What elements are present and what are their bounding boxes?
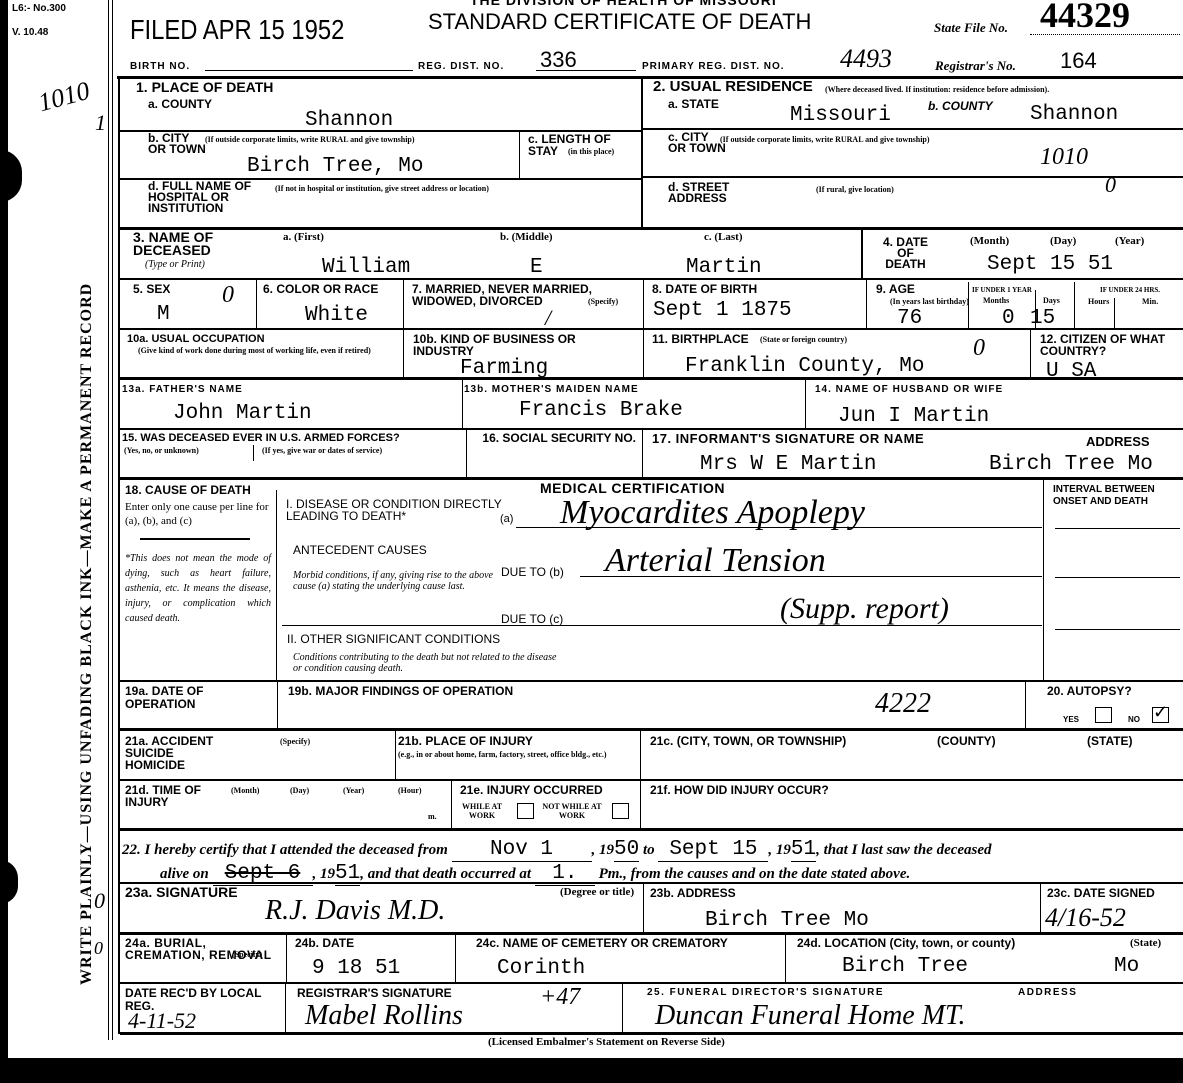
street-note: (If rural, give location) xyxy=(816,185,894,194)
middle-name-value: E xyxy=(530,256,543,279)
divider xyxy=(120,278,1183,280)
divider xyxy=(120,828,1183,831)
divider xyxy=(120,882,1183,884)
business-label: 10b. KIND OF BUSINESS OR INDUSTRY xyxy=(413,333,638,357)
birthplace-note: (State or foreign country) xyxy=(760,335,847,344)
margin-rule xyxy=(112,0,113,1040)
state-label: a. STATE xyxy=(668,98,719,110)
divider xyxy=(120,377,1183,380)
citizen-label: 12. CITIZEN OF WHAT COUNTRY? xyxy=(1040,333,1183,357)
divider xyxy=(1040,884,1041,932)
injury-place-label: 21b. PLACE OF INJURY xyxy=(398,735,533,747)
divider xyxy=(968,282,969,328)
divider xyxy=(120,982,1183,984)
operation-findings-label: 19b. MAJOR FINDINGS OF OPERATION xyxy=(288,685,513,697)
date-of-death-label: 4. DATE OF DEATH xyxy=(878,237,933,270)
year-label: (Year) xyxy=(1115,237,1144,246)
hospital-label: d. FULL NAME OF HOSPITAL OR INSTITUTION xyxy=(148,181,278,214)
answer-line xyxy=(1055,577,1180,578)
divider xyxy=(1025,682,1026,728)
year-prefix: , 19 xyxy=(313,866,336,882)
cause-of-death-label: 18. CAUSE OF DEATH xyxy=(125,484,251,496)
birth-no-line xyxy=(205,70,413,71)
operation-findings-note: 4222 xyxy=(875,688,931,720)
birthplace-label: 11. BIRTHPLACE xyxy=(652,333,749,345)
form-number: L6:- No.300 xyxy=(12,3,66,14)
agency-line: THE DIVISION OF HEALTH OF MISSOURI xyxy=(470,0,777,8)
divider xyxy=(120,932,1183,935)
length-of-stay-note: (in this place) xyxy=(568,147,614,156)
under-year-label: IF UNDER 1 YEAR xyxy=(972,286,1082,295)
divider xyxy=(451,781,452,829)
reg-dist-line xyxy=(536,70,636,71)
injury-city-label: 21c. (CITY, TOWN, OR TOWNSHIP) xyxy=(650,735,846,747)
divider xyxy=(277,682,278,728)
age-note: (In years last birthday) xyxy=(890,297,970,306)
punch-hole xyxy=(0,150,22,202)
margin-instruction: WRITE PLAINLY—USING UNFADING BLACK INK—M… xyxy=(78,283,96,985)
divider xyxy=(785,935,786,983)
burial-state-label: (State) xyxy=(1130,939,1161,948)
primary-reg-number: 4493 xyxy=(840,44,892,74)
funeral-director-label: 25. FUNERAL DIRECTOR'S SIGNATURE xyxy=(647,987,884,999)
injury-month-label: (Month) xyxy=(231,786,259,795)
burial-location-value: Birch Tree xyxy=(842,955,968,978)
part-two-label: II. OTHER SIGNIFICANT CONDITIONS xyxy=(287,633,500,645)
scan-edge-bottom xyxy=(0,1058,1183,1083)
answer-line xyxy=(282,625,1042,626)
cert-text: 22. I hereby certify that I attended the… xyxy=(122,842,448,858)
certification-line-1: 22. I hereby certify that I attended the… xyxy=(122,838,1182,862)
divider xyxy=(118,227,1183,230)
last-name-value: Martin xyxy=(686,256,762,279)
injury-m-label: m. xyxy=(428,812,437,821)
state-file-label: State File No. xyxy=(934,22,1008,33)
divider xyxy=(643,176,1183,178)
degree-label: (Degree or title) xyxy=(560,888,634,897)
burial-date-value: 9 18 51 xyxy=(312,957,400,980)
signature-label: 23a. SIGNATURE xyxy=(125,886,238,898)
margin-rule xyxy=(108,0,109,1040)
injury-state-label: (STATE) xyxy=(1087,735,1133,747)
injury-county-label: (COUNTY) xyxy=(937,735,996,747)
autopsy-no-checkbox[interactable]: ✓ xyxy=(1152,707,1169,723)
sex-label: 5. SEX xyxy=(133,283,170,295)
divider xyxy=(256,280,257,330)
injury-place-note: (e.g., in or about home, farm, factory, … xyxy=(398,750,638,759)
funeral-director-signature: Duncan Funeral Home MT. xyxy=(655,1000,966,1032)
birth-no-label: BIRTH NO. xyxy=(130,61,190,73)
name-label: 3. NAME OF DECEASED xyxy=(133,231,243,257)
divider xyxy=(805,380,806,428)
sex-mark: 0 xyxy=(222,282,234,309)
divider xyxy=(466,430,467,478)
marital-note: (Specify) xyxy=(588,297,618,306)
answer-line xyxy=(516,527,1042,528)
autopsy-no-label: NO xyxy=(1128,714,1140,726)
interval-label: INTERVAL BETWEEN ONSET AND DEATH xyxy=(1053,484,1178,508)
part-two-note: Conditions contributing to the death but… xyxy=(293,652,563,674)
injury-type-label: 21a. ACCIDENT SUICIDE HOMICIDE xyxy=(125,735,225,771)
divider xyxy=(641,79,643,227)
divider xyxy=(120,728,1183,731)
cert-text: , that I last saw the deceased xyxy=(816,842,991,858)
under-24-label: IF UNDER 24 HRS. xyxy=(1100,286,1160,295)
armed-forces-label: 15. WAS DECEASED EVER IN U.S. ARMED FORC… xyxy=(122,432,400,444)
city-note: (If outside corporate limits, write RURA… xyxy=(205,135,495,144)
residence-county-value: Shannon xyxy=(1030,103,1118,126)
punch-hole xyxy=(0,860,18,904)
cause-c-value: (Supp. report) xyxy=(780,592,949,626)
burial-type-note: (Specify) xyxy=(232,950,262,959)
divider xyxy=(643,330,644,378)
residence-city-value: 1010 xyxy=(1040,144,1088,171)
race-label: 6. COLOR OR RACE xyxy=(263,283,378,295)
divider xyxy=(1114,298,1115,328)
informant-address-label: ADDRESS xyxy=(1086,436,1150,448)
injury-year-label: (Year) xyxy=(343,786,364,795)
armed-forces-note: (Yes, no, or unknown) xyxy=(124,446,199,455)
divider xyxy=(866,280,867,330)
divider xyxy=(455,935,456,983)
autopsy-label: 20. AUTOPSY? xyxy=(1047,685,1132,697)
form-revision: V. 10.48 xyxy=(12,27,48,38)
injury-time-label: 21d. TIME OF INJURY xyxy=(125,784,225,808)
death-county-value: Shannon xyxy=(305,109,393,132)
physician-signature: R.J. Davis M.D. xyxy=(265,895,445,927)
name-note: (Type or Print) xyxy=(145,259,205,270)
min-label: Min. xyxy=(1142,297,1158,306)
mother-label: 13b. MOTHER'S MAIDEN NAME xyxy=(464,384,639,396)
registrar-signature: Mabel Rollins xyxy=(305,1000,463,1032)
cert-text: , and that death occurred at xyxy=(360,866,531,882)
divider xyxy=(643,128,1183,130)
city-label: b. CITY OR TOWN xyxy=(148,133,208,155)
month-label: (Month) xyxy=(970,237,1009,246)
divider xyxy=(519,132,520,178)
cause-a-label: (a) xyxy=(500,513,513,525)
divider xyxy=(120,328,1183,330)
physician-address-value: Birch Tree Mo xyxy=(705,909,869,932)
birthplace-mark: 0 xyxy=(973,335,985,362)
due-to-b-label: DUE TO (b) xyxy=(501,565,564,579)
autopsy-yes-checkbox[interactable] xyxy=(1095,707,1112,723)
divider xyxy=(120,680,1183,682)
form-left-border xyxy=(118,76,120,1034)
death-city-value: Birch Tree, Mo xyxy=(247,155,423,178)
due-to-c-label: DUE TO (c) xyxy=(501,612,563,626)
injury-occurred-label: 21e. INJURY OCCURRED xyxy=(460,784,603,796)
registrar-number: 164 xyxy=(1060,48,1097,74)
informant-address-value: Birch Tree Mo xyxy=(989,453,1153,476)
divider xyxy=(276,490,277,680)
while-at-work-label: WHILE AT WORK xyxy=(457,802,507,820)
divider xyxy=(643,884,644,932)
divider xyxy=(622,984,623,1032)
race-value: White xyxy=(305,304,368,327)
registrar-signature-label: REGISTRAR'S SIGNATURE xyxy=(297,987,452,999)
injury-hour-label: (Hour) xyxy=(398,786,422,795)
age-label: 9. AGE xyxy=(876,283,915,295)
check-mark-icon: ✓ xyxy=(1153,702,1168,723)
usual-residence-heading: 2. USUAL RESIDENCE xyxy=(653,81,813,93)
date-signed-value: 4/16-52 xyxy=(1045,903,1126,933)
residence-city-label: c. CITY OR TOWN xyxy=(668,132,728,154)
street-label: d. STREET ADDRESS xyxy=(668,182,748,204)
year-prefix: , 19 xyxy=(768,842,791,858)
registrar-mark: +47 xyxy=(540,984,580,1011)
attended-to-year: 51 xyxy=(791,838,816,862)
divider xyxy=(117,76,1183,79)
reg-dist-label: REG. DIST. NO. xyxy=(418,61,504,73)
margin-note-1010: 1010 xyxy=(35,76,93,118)
date-received-value: 4-11-52 xyxy=(128,1008,196,1034)
cause-b-value: Arterial Tension xyxy=(605,542,826,580)
part-one-label: I. DISEASE OR CONDITION DIRECTLY LEADING… xyxy=(286,498,536,522)
divider xyxy=(120,428,1183,430)
middle-name-label: b. (Middle) xyxy=(500,233,553,242)
informant-label: 17. INFORMANT'S SIGNATURE OR NAME xyxy=(652,433,924,445)
burial-state-value: Mo xyxy=(1114,955,1139,978)
footer-note: (Licensed Embalmer's Statement on Revers… xyxy=(488,1036,725,1048)
injury-how-label: 21f. HOW DID INJURY OCCUR? xyxy=(650,784,829,796)
divider xyxy=(1043,480,1044,680)
age-months-value: 0 xyxy=(1002,307,1015,330)
informant-value: Mrs W E Martin xyxy=(700,453,876,476)
divider xyxy=(1030,330,1031,378)
father-label: 13a. FATHER'S NAME xyxy=(122,384,243,396)
divider xyxy=(286,935,287,983)
ssn-label: 16. SOCIAL SECURITY NO. xyxy=(476,432,636,445)
age-years-value: 76 xyxy=(897,307,922,330)
margin-note-0: 0 xyxy=(94,938,103,959)
dob-value: Sept 1 1875 xyxy=(653,299,792,322)
physician-address-label: 23b. ADDRESS xyxy=(650,887,736,899)
alive-on-label: alive on xyxy=(160,866,209,882)
occupation-label: 10a. USUAL OCCUPATION xyxy=(127,333,265,345)
divider xyxy=(253,445,254,461)
armed-service-note: (If yes, give war or dates of service) xyxy=(262,446,382,455)
birthplace-value: Franklin County, Mo xyxy=(685,355,924,378)
state-file-number: 44329 xyxy=(1040,0,1130,36)
spouse-value: Jun I Martin xyxy=(838,405,989,428)
answer-line xyxy=(580,576,1042,577)
usual-residence-note: (Where deceased lived. If institution: r… xyxy=(825,85,1180,94)
mother-value: Francis Brake xyxy=(519,399,683,422)
margin-note-1: 1 xyxy=(95,110,106,136)
dob-label: 8. DATE OF BIRTH xyxy=(652,283,757,295)
cemetery-label: 24c. NAME OF CEMETERY OR CREMATORY xyxy=(476,937,728,949)
occupation-note: (Give kind of work done during most of w… xyxy=(138,346,408,355)
answer-line xyxy=(1055,629,1180,630)
spouse-label: 14. NAME OF HUSBAND OR WIFE xyxy=(815,384,1003,396)
attended-from-year: 50 xyxy=(614,838,639,862)
burial-location-label: 24d. LOCATION (City, town, or county) xyxy=(797,937,1015,949)
operation-date-label: 19a. DATE OF OPERATION xyxy=(125,685,275,711)
county-label: a. COUNTY xyxy=(148,98,212,110)
funeral-address-label: ADDRESS xyxy=(1018,987,1077,999)
medical-certification-heading: MEDICAL CERTIFICATION xyxy=(540,482,725,494)
divider xyxy=(120,779,1183,781)
while-at-work-checkbox[interactable] xyxy=(517,803,534,819)
day-label: (Day) xyxy=(1050,237,1076,246)
answer-line xyxy=(1055,528,1180,529)
year-prefix: , 19 xyxy=(592,842,615,858)
cause-footnote: *This does not mean the mode of dying, s… xyxy=(125,551,271,626)
age-days-value: 15 xyxy=(1030,307,1055,330)
residence-street-value: 0 xyxy=(1105,172,1116,198)
burial-date-label: 24b. DATE xyxy=(295,937,354,949)
not-while-at-work-checkbox[interactable] xyxy=(612,803,629,819)
divider xyxy=(643,280,644,330)
county-label: b. COUNTY xyxy=(928,100,993,112)
divider xyxy=(285,984,286,1032)
months-label: Months xyxy=(983,296,1009,305)
divider xyxy=(861,229,863,279)
filed-stamp: FILED APR 15 1952 xyxy=(130,14,344,46)
days-label: Days xyxy=(1043,296,1060,305)
last-name-label: c. (Last) xyxy=(704,233,743,242)
hours-label: Hours xyxy=(1088,297,1109,306)
divider xyxy=(120,1032,1183,1035)
autopsy-yes-label: YES xyxy=(1063,714,1079,726)
father-value: John Martin xyxy=(173,402,312,425)
sex-value: M xyxy=(157,303,170,326)
antecedent-note: Morbid conditions, if any, giving rise t… xyxy=(293,570,503,592)
residence-state-value: Missouri xyxy=(790,104,891,127)
hospital-note: (If not in hospital or institution, give… xyxy=(275,184,635,193)
divider xyxy=(140,538,250,540)
first-name-label: a. (First) xyxy=(283,233,324,242)
date-signed-label: 23c. DATE SIGNED xyxy=(1047,887,1155,899)
attended-from-date: Nov 1 xyxy=(452,838,592,862)
divider xyxy=(462,380,463,428)
margin-note-0: 0 xyxy=(94,888,105,914)
antecedent-label: ANTECEDENT CAUSES xyxy=(293,544,427,556)
place-of-death-heading: 1. PLACE OF DEATH xyxy=(136,81,273,93)
injury-day-label: (Day) xyxy=(290,786,309,795)
state-file-line xyxy=(1030,34,1180,35)
injury-type-note: (Specify) xyxy=(280,737,310,746)
page-title: STANDARD CERTIFICATE OF DEATH xyxy=(428,9,811,35)
date-of-death-value: Sept 15 51 xyxy=(987,253,1113,276)
residence-city-note: (If outside corporate limits, write RURA… xyxy=(720,135,1100,144)
attended-to-date: Sept 15 xyxy=(658,838,768,862)
cert-text: Pm., from the causes and on the date sta… xyxy=(599,866,911,882)
cause-instructions: Enter only one cause per line for (a), (… xyxy=(125,500,275,528)
divider xyxy=(1074,282,1075,328)
first-name-value: William xyxy=(322,256,410,279)
divider xyxy=(642,430,643,478)
cemetery-value: Corinth xyxy=(497,957,585,980)
not-while-at-work-label: NOT WHILE AT WORK xyxy=(542,802,602,820)
to-label: to xyxy=(643,842,655,858)
divider xyxy=(395,731,396,779)
registrar-label: Registrar's No. xyxy=(935,60,1016,71)
primary-reg-label: PRIMARY REG. DIST. NO. xyxy=(642,61,785,73)
